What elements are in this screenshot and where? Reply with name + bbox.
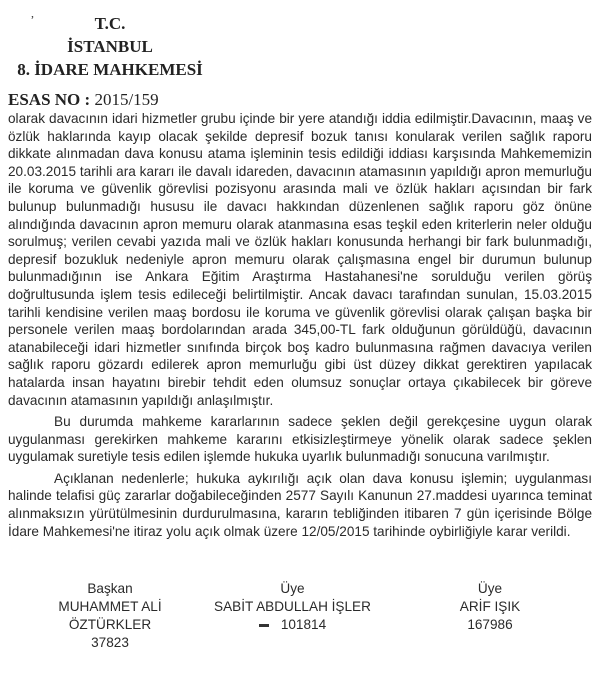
- signature-number: 101814: [281, 617, 326, 632]
- signature-name: ÖZTÜRKLER: [40, 616, 180, 634]
- dash-mark: [259, 624, 269, 627]
- court-header: T.C. İSTANBUL 8. İDARE MAHKEMESİ: [0, 12, 220, 81]
- signature-name: ARİF IŞIK: [430, 598, 550, 616]
- header-tc: T.C.: [0, 12, 220, 35]
- signature-number: 37823: [40, 634, 180, 652]
- signature-member: Üye ARİF IŞIK 167986: [430, 580, 550, 634]
- signature-president: Başkan MUHAMMET ALİ ÖZTÜRKLER 37823: [40, 580, 180, 652]
- signature-number: 167986: [430, 616, 550, 634]
- signature-role: Üye: [205, 580, 380, 598]
- paragraph: Bu durumda mahkeme kararlarının sadece ş…: [8, 413, 592, 466]
- paragraph: Açıklanan nedenlerle; hukuka aykırılığı …: [8, 470, 592, 540]
- case-number-label: ESAS NO :: [8, 90, 90, 109]
- signature-name: SABİT ABDULLAH İŞLER: [205, 598, 380, 616]
- signature-role: Başkan: [40, 580, 180, 598]
- paragraph: olarak davacının idari hizmetler grubu i…: [8, 110, 592, 409]
- header-court: 8. İDARE MAHKEMESİ: [0, 58, 220, 81]
- document-body: olarak davacının idari hizmetler grubu i…: [8, 110, 592, 544]
- case-number: ESAS NO : 2015/159: [8, 90, 159, 110]
- signature-member: Üye SABİT ABDULLAH İŞLER 101814: [205, 580, 380, 634]
- case-number-value: 2015/159: [94, 90, 158, 109]
- header-city: İSTANBUL: [0, 35, 220, 58]
- signature-name: MUHAMMET ALİ: [40, 598, 180, 616]
- signature-role: Üye: [430, 580, 550, 598]
